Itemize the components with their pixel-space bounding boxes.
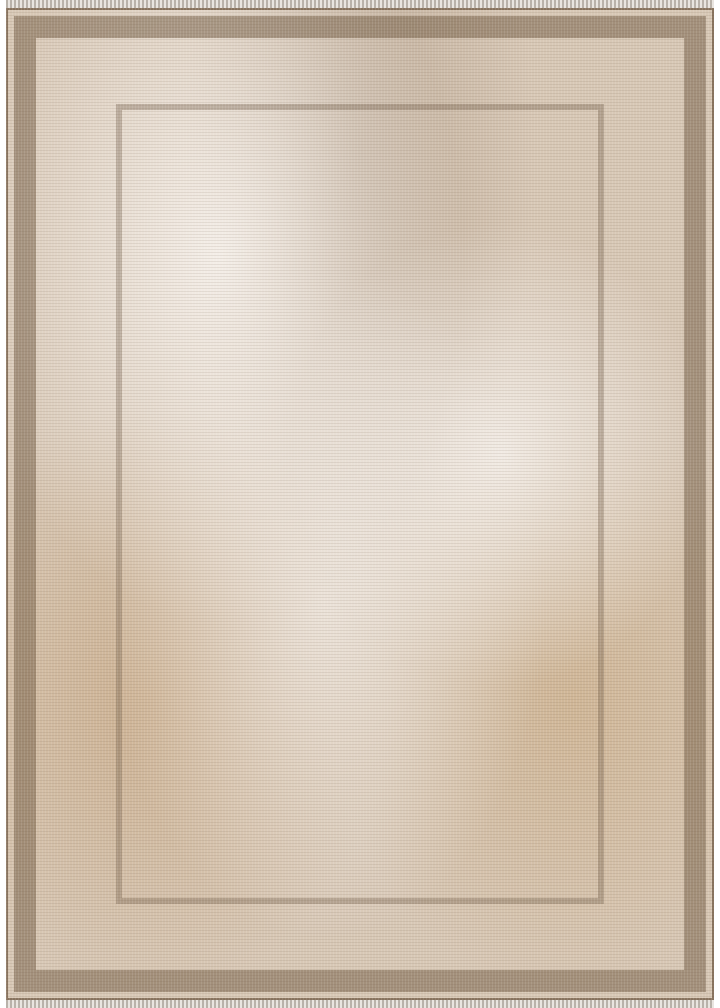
rug-weave-texture xyxy=(6,8,714,1000)
rug-top-fringe xyxy=(6,0,714,8)
rug-photo xyxy=(6,8,714,1000)
rug-bottom-fringe xyxy=(6,1000,714,1008)
